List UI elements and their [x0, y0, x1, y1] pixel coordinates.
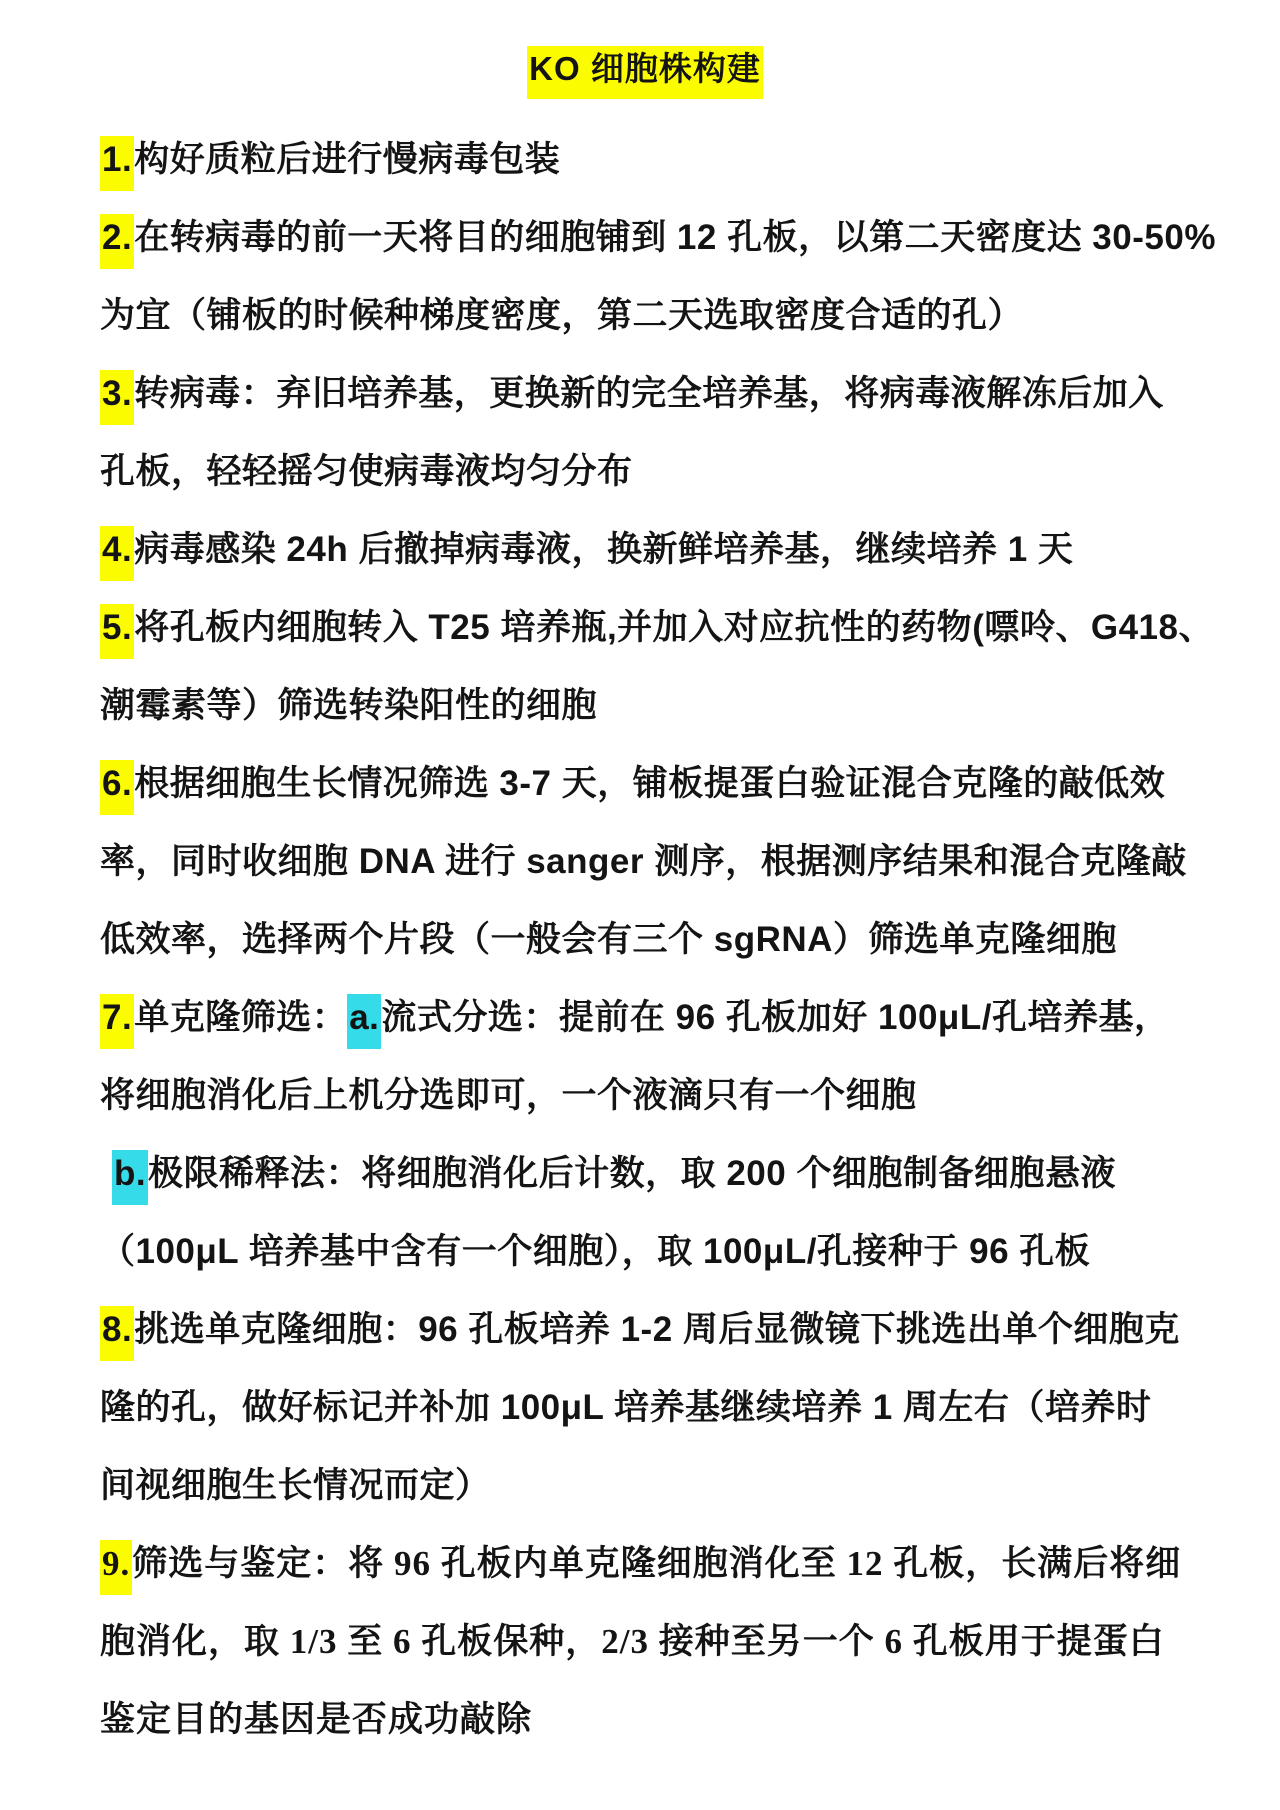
step-number-highlight: 7.	[100, 994, 134, 1049]
text-line: 2.在转病毒的前一天将目的细胞铺到 12 孔板，以第二天密度达 30-50%	[100, 199, 1190, 277]
step-number-highlight: 8.	[100, 1306, 134, 1361]
text-line: 孔板，轻轻摇匀使病毒液均匀分布	[100, 433, 1190, 511]
line-text: 单克隆筛选：	[134, 998, 347, 1037]
line-text: （100μL 培养基中含有一个细胞），取 100μL/孔接种于 96 孔板	[100, 1232, 1090, 1271]
line-text: 挑选单克隆细胞：96 孔板培养 1-2 周后显微镜下挑选出单个细胞克	[134, 1310, 1180, 1349]
line-text: 将细胞消化后上机分选即可，一个液滴只有一个细胞	[100, 1076, 917, 1115]
substep-letter-highlight: b.	[112, 1150, 148, 1205]
line-text: 胞消化，取 1/3 至 6 孔板保种，2/3 接种至另一个 6 孔板用于提蛋白	[100, 1622, 1165, 1661]
text-line: 鉴定目的基因是否成功敲除	[100, 1681, 1190, 1759]
step-number-highlight: 6.	[100, 760, 134, 815]
line-text: 转病毒：弃旧培养基，更换新的完全培养基，将病毒液解冻后加入	[134, 374, 1164, 413]
line-text: 率，同时收细胞 DNA 进行 sanger 测序，根据测序结果和混合克隆敲	[100, 842, 1187, 881]
line-text: 间视细胞生长情况而定）	[100, 1466, 491, 1505]
line-text: 流式分选：提前在 96 孔板加好 100μL/孔培养基，	[381, 998, 1169, 1037]
text-line: 胞消化，取 1/3 至 6 孔板保种，2/3 接种至另一个 6 孔板用于提蛋白	[100, 1603, 1190, 1681]
line-text: 隆的孔，做好标记并补加 100μL 培养基继续培养 1 周左右（培养时	[100, 1388, 1151, 1427]
document-page: KO 细胞株构建 1.构好质粒后进行慢病毒包装2.在转病毒的前一天将目的细胞铺到…	[0, 0, 1280, 1810]
step-number-highlight: 2.	[100, 214, 134, 269]
text-line: 8.挑选单克隆细胞：96 孔板培养 1-2 周后显微镜下挑选出单个细胞克	[100, 1291, 1190, 1369]
text-line: 隆的孔，做好标记并补加 100μL 培养基继续培养 1 周左右（培养时	[100, 1369, 1190, 1447]
line-text: 筛选与鉴定：将 96 孔板内单克隆细胞消化至 12 孔板，长满后将细	[132, 1544, 1181, 1583]
line-text: 极限稀释法：将细胞消化后计数，取 200 个细胞制备细胞悬液	[148, 1154, 1116, 1193]
step-number-highlight: 9.	[100, 1540, 132, 1595]
page-title: KO 细胞株构建	[527, 46, 763, 99]
line-text: 根据细胞生长情况筛选 3-7 天，铺板提蛋白验证混合克隆的敲低效	[134, 764, 1165, 803]
text-line: 7.单克隆筛选：a.流式分选：提前在 96 孔板加好 100μL/孔培养基，	[100, 979, 1190, 1057]
text-line: 为宜（铺板的时候种梯度密度，第二天选取密度合适的孔）	[100, 277, 1190, 355]
text-line: 将细胞消化后上机分选即可，一个液滴只有一个细胞	[100, 1057, 1190, 1135]
step-number-highlight: 4.	[100, 526, 134, 581]
document-title-row: KO 细胞株构建	[100, 46, 1190, 99]
text-line: （100μL 培养基中含有一个细胞），取 100μL/孔接种于 96 孔板	[100, 1213, 1190, 1291]
text-line: 3.转病毒：弃旧培养基，更换新的完全培养基，将病毒液解冻后加入	[100, 355, 1190, 433]
document-body: 1.构好质粒后进行慢病毒包装2.在转病毒的前一天将目的细胞铺到 12 孔板，以第…	[100, 121, 1190, 1759]
line-text: 在转病毒的前一天将目的细胞铺到 12 孔板，以第二天密度达 30-50%	[134, 218, 1216, 257]
line-text: 将孔板内细胞转入 T25 培养瓶,并加入对应抗性的药物(嘌呤、G418、	[134, 608, 1214, 647]
line-text: 构好质粒后进行慢病毒包装	[134, 140, 560, 179]
text-line: 9.筛选与鉴定：将 96 孔板内单克隆细胞消化至 12 孔板，长满后将细	[100, 1525, 1190, 1603]
text-line: 5.将孔板内细胞转入 T25 培养瓶,并加入对应抗性的药物(嘌呤、G418、	[100, 589, 1190, 667]
line-text: 鉴定目的基因是否成功敲除	[100, 1700, 532, 1739]
text-line: 4.病毒感染 24h 后撤掉病毒液，换新鲜培养基，继续培养 1 天	[100, 511, 1190, 589]
text-line: 间视细胞生长情况而定）	[100, 1447, 1190, 1525]
text-line: 低效率，选择两个片段（一般会有三个 sgRNA）筛选单克隆细胞	[100, 901, 1190, 979]
text-line: 率，同时收细胞 DNA 进行 sanger 测序，根据测序结果和混合克隆敲	[100, 823, 1190, 901]
step-number-highlight: 1.	[100, 136, 134, 191]
step-number-highlight: 3.	[100, 370, 134, 425]
step-number-highlight: 5.	[100, 604, 134, 659]
line-text: 低效率，选择两个片段（一般会有三个 sgRNA）筛选单克隆细胞	[100, 920, 1117, 959]
text-line: 1.构好质粒后进行慢病毒包装	[100, 121, 1190, 199]
line-text: 潮霉素等）筛选转染阳性的细胞	[100, 686, 597, 725]
text-line: 潮霉素等）筛选转染阳性的细胞	[100, 667, 1190, 745]
text-line: 6.根据细胞生长情况筛选 3-7 天，铺板提蛋白验证混合克隆的敲低效	[100, 745, 1190, 823]
text-line: b.极限稀释法：将细胞消化后计数，取 200 个细胞制备细胞悬液	[100, 1135, 1190, 1213]
line-text: 孔板，轻轻摇匀使病毒液均匀分布	[100, 452, 633, 491]
line-text: 病毒感染 24h 后撤掉病毒液，换新鲜培养基，继续培养 1 天	[134, 530, 1073, 569]
line-text: 为宜（铺板的时候种梯度密度，第二天选取密度合适的孔）	[100, 296, 1023, 335]
substep-letter-highlight: a.	[347, 994, 381, 1049]
